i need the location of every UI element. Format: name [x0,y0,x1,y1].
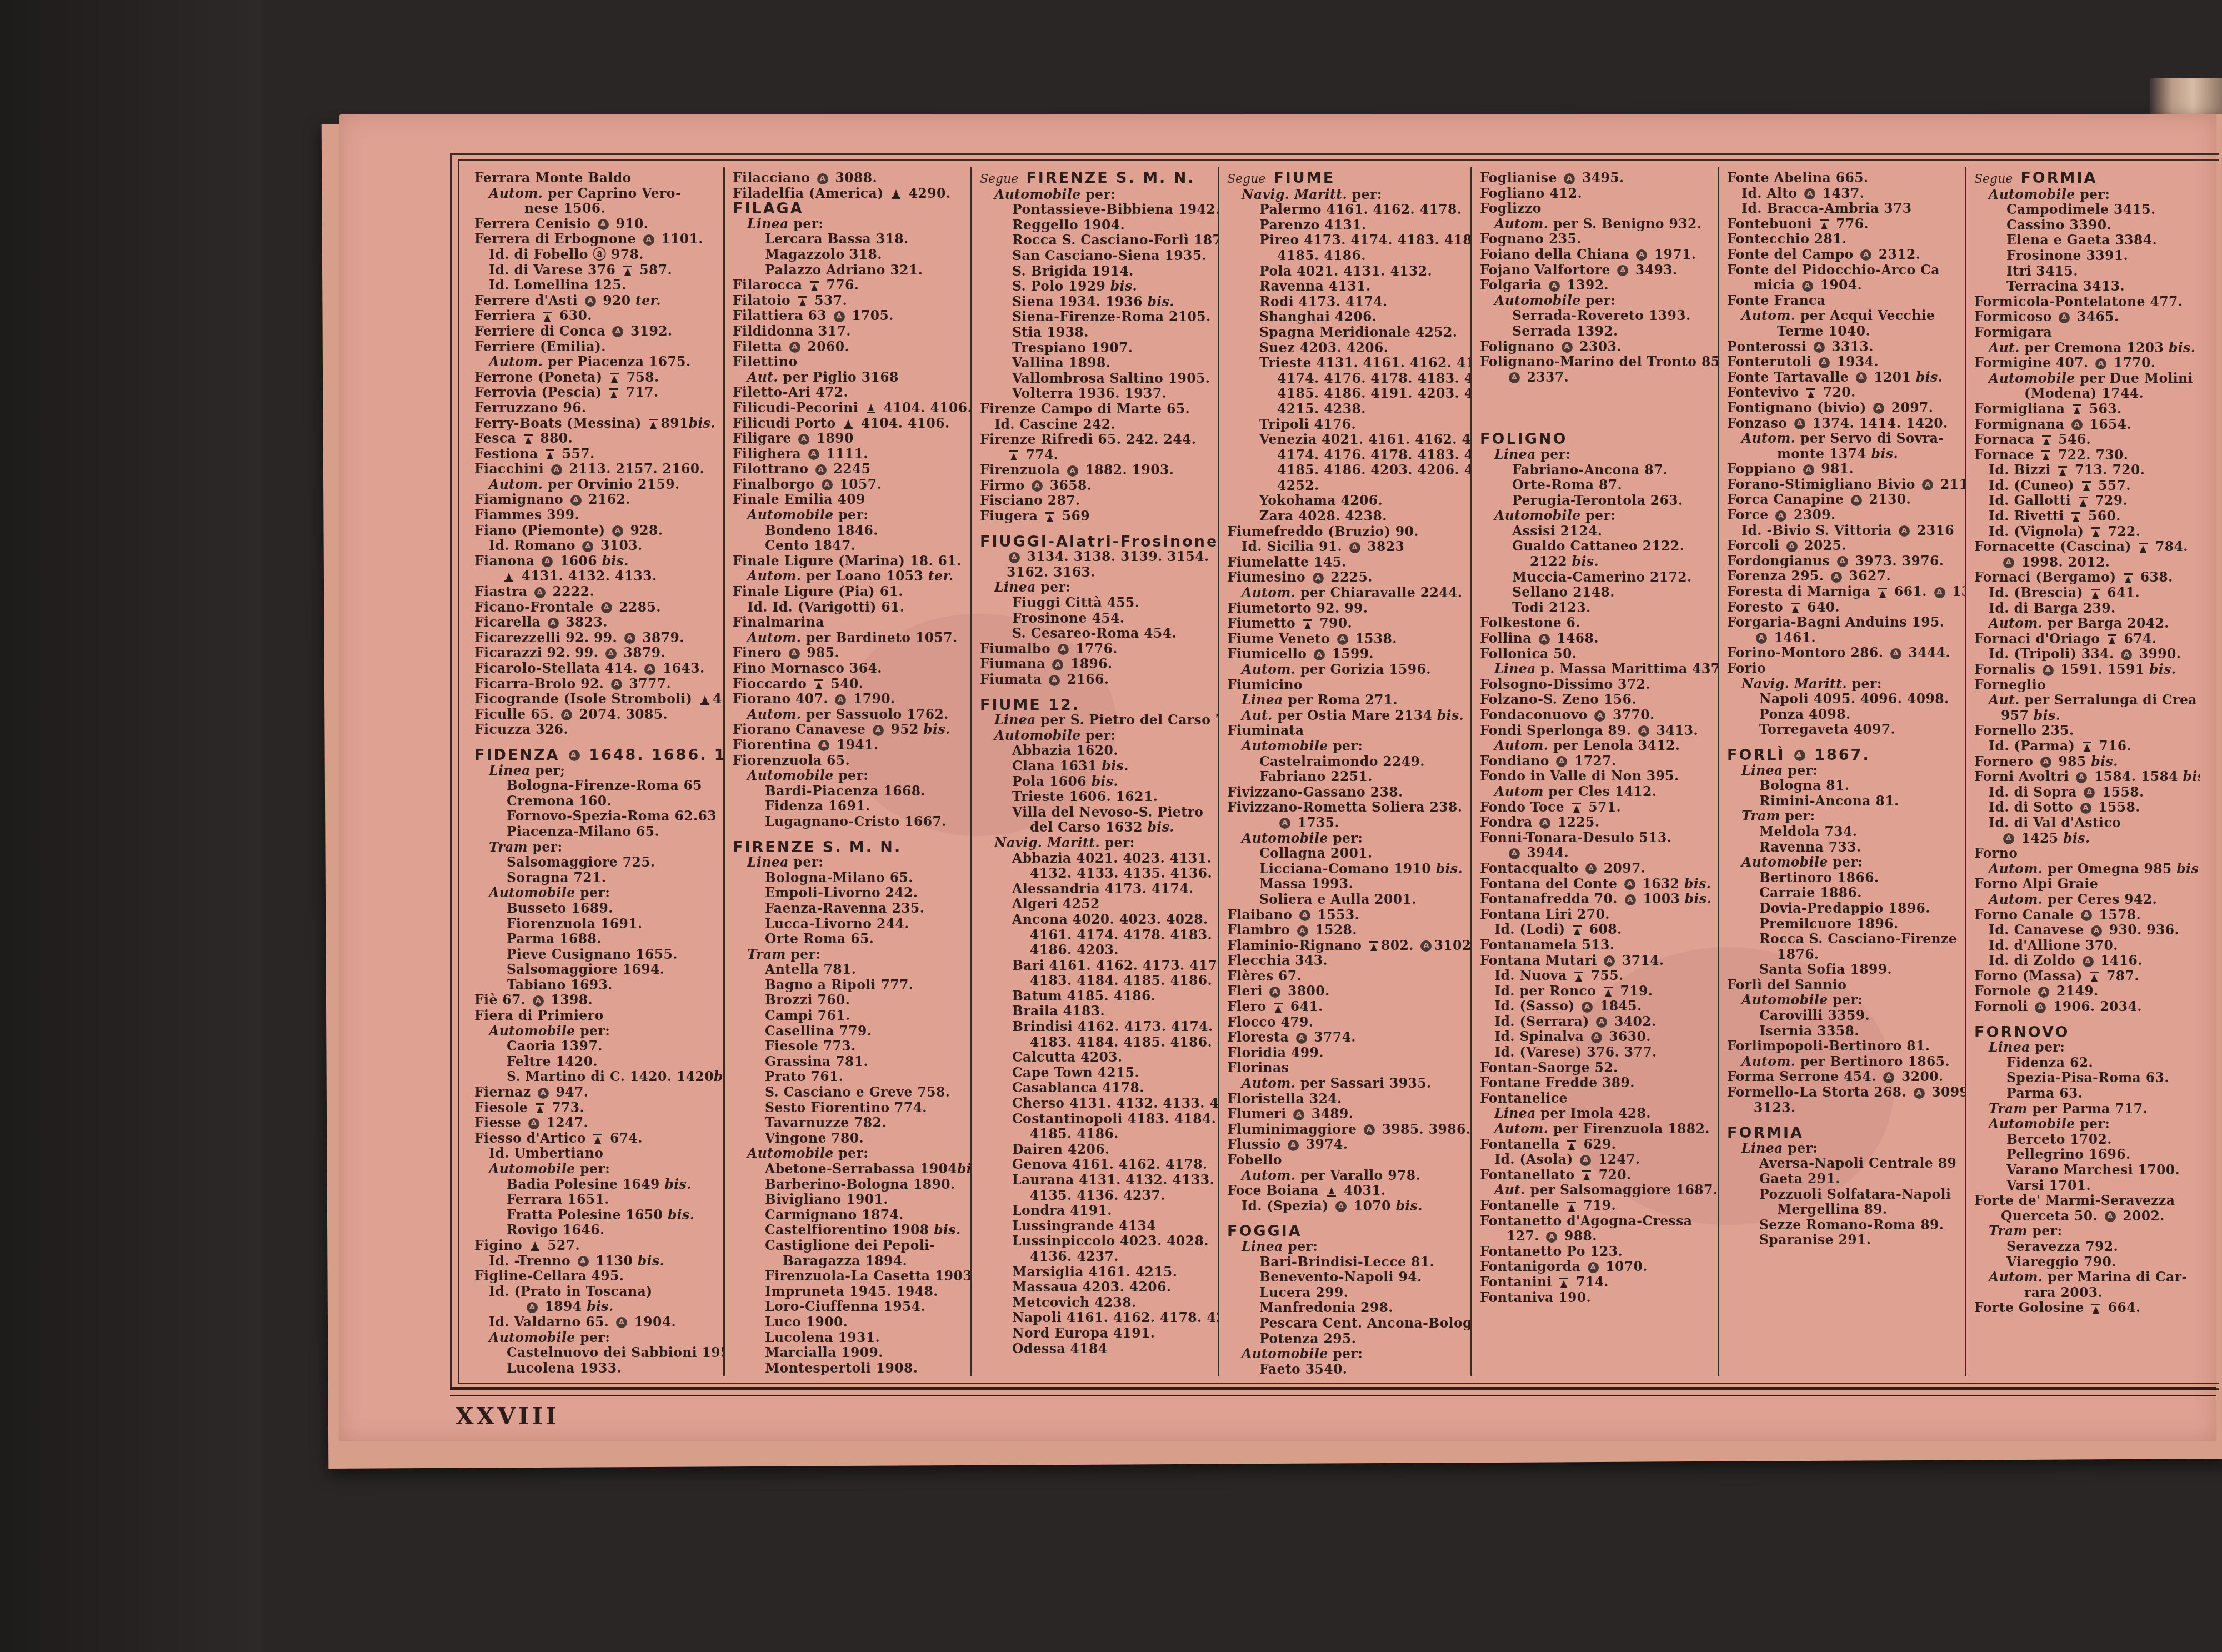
index-entry: Fiesse A 1247. [474,1115,719,1131]
index-entry: Ficarezzelli 92. 99. A 3879. [474,630,719,646]
italic-label: bis. [934,1222,960,1238]
line-text: Fiamignano [474,492,568,507]
line-text: Ficarolo-Stellata 414. [474,660,642,676]
line-text: 2309. [1789,507,1835,523]
line-text: Fontanellato [1480,1167,1579,1183]
destination-entry: Fiesole 773. [733,1039,966,1054]
line-text: Sezze Romano-Roma 89. [1759,1217,1944,1233]
line-text: per Bardineto 1057. [801,630,957,645]
line-text: Id. (Spezia) [1242,1198,1333,1214]
index-entry-variant: Id. Canavese A 930. 936. [1974,923,2195,938]
index-entry: Fontebuoni 776. [1727,217,1960,232]
line-text: Siena 1934. 1936 [1012,294,1148,309]
line-text: Pozzuoli Solfatara-Napoli [1759,1187,1951,1202]
destination-entry: Volterra 1936. 1937. [980,386,1213,402]
line-text: per Serralunga di Crea [2020,692,2197,708]
line-text: Formicoso [1974,309,2056,324]
line-text: Napoli 4095. 4096. 4098. [1759,691,1949,707]
bus-station-icon: A [612,326,623,337]
destination-entry: Vingone 780. [733,1131,966,1147]
tram-station-icon [593,1133,603,1144]
line-text: FIUGGI-Alatri-Frosinone 93. [980,533,1219,550]
line-text: Id. di Varese 376 [489,262,620,278]
line-text: Muccia-Camerino 2172. [1512,569,1692,585]
continuation-line: 4135. 4136. 4237. [980,1188,1213,1204]
index-entry: Fiuminata [1227,723,1466,739]
index-entry-variant: Id. Alto A 1437. [1727,186,1960,202]
index-entry: Formello-La Storta 268. A 3099. [1727,1085,1960,1100]
line-text: Ferrera Cenisio [474,216,595,232]
line-text: San Casciano-Siena 1935. [1012,248,1207,263]
service-label: Autom. per Caprino Vero- [474,186,719,202]
line-text: Faenza-Ravenna 235. [765,900,924,916]
line-text: Ficarezzelli 92. 99. [474,630,622,645]
continuation-line: micia A 1904. [1727,278,1960,293]
line-text: 3985. 3986. [1377,1122,1470,1137]
bus-station-icon: A [1313,573,1324,584]
italic-label: Linea [747,854,789,870]
index-entry: Firenze Rifredi 65. 242. 244. [980,432,1213,448]
line-text: per: [2075,187,2110,202]
line-text: Lucca-Livorno 244. [765,916,909,932]
continued-label: Segue [1974,172,2013,186]
line-text: Berceto 1702. [2006,1132,2112,1147]
line-text: Fioccardo [733,676,812,692]
index-entry: Firmo A 3658. [980,478,1213,494]
line-text: 3627. [1844,568,1891,584]
destination-entry: Faeto 3540. [1227,1362,1466,1376]
italic-label: bis. [1110,278,1137,294]
line-text: per: [1328,830,1363,846]
bus-station-icon: A [2095,358,2106,369]
destination-entry: Licciana-Comano 1910 bis. [1227,862,1466,877]
italic-label: bis. [1092,774,1118,789]
line-text: Id. di Sopra [1989,784,2081,800]
index-entry: Fleri A 3800. [1227,984,1466,999]
line-text: 3134. 3138. 3139. 3154. [1022,549,1209,564]
service-label: Aut. per Ostia Mare 2134 bis. [1227,708,1466,724]
line-text: Abbazia 4021. 4023. 4131. [1012,850,1212,866]
line-text: Id. (Prato in Toscana) [489,1284,653,1299]
bus-station-icon: A [1856,372,1867,383]
line-text: Fojano Valfortore [1480,262,1615,278]
line-text: per: [1581,293,1616,308]
service-label: Navig. Maritt. per: [1227,187,1466,203]
bus-station-icon: A [578,1256,589,1267]
index-entry: Ficarazzi 92. 99. A 3879. [474,645,719,661]
line-text: Filatoio [733,293,795,308]
line-text: 3402. [1609,1014,1656,1029]
destination-entry: Lugagnano-Cristo 1667. [733,814,966,830]
tram-station-icon [2082,741,2092,752]
italic-label: bis. [923,722,950,737]
continuation-line: 4185. 4186. [1227,248,1466,264]
index-entry: Fiumesino A 2225. [1227,570,1466,585]
destination-entry: Bologna 81. [1727,778,1960,794]
destination-entry: Soragna 721. [474,870,719,886]
index-entry: Formicola-Pontelatone 477. [1974,294,2195,310]
line-text: 3879. [619,645,665,660]
bus-station-icon: A [873,725,884,736]
destination-entry: Potenza 295. [1227,1331,1466,1347]
line-text: Odessa 4184 [1012,1341,1108,1356]
line-text: Piacenza-Milano 65. [507,824,659,839]
continuation-line: 4186. 4203. [980,943,1213,958]
bus-station-icon: A [2084,787,2095,798]
line-text: 3823 [1363,539,1405,554]
bus-station-icon: A [534,587,546,598]
line-text: Feltre 1420. [507,1054,598,1069]
destination-entry: Lussinpiccolo 4023. 4028. [980,1234,1213,1249]
destination-entry: Piacenza-Milano 65. [474,824,719,840]
line-text: Fondra [1480,814,1537,830]
line-text: Metcovich 4238. [1012,1295,1137,1310]
index-entry: Fonte Tartavalle A 1201 bis. [1727,370,1960,386]
destination-entry: Vallombrosa Saltino 1905. [980,371,1213,387]
destination-entry: Varano Marchesi 1700. [1974,1163,2195,1178]
line-text: Sparanise 291. [1759,1232,1871,1248]
destination-entry: Faenza-Ravenna 235. [733,901,966,917]
line-text: Castelraimondo 2249. [1259,754,1425,769]
italic-label: Automobile [1242,1346,1328,1361]
destination-entry: Braila 4183. [980,1004,1213,1019]
line-text: Finale Ligure (Marina) 18. 61. [733,553,962,569]
index-entry: Fiumefreddo (Bruzio) 90. [1227,524,1466,540]
line-text: 3879. [638,630,684,645]
line-text: 1882. 1903. [1080,462,1174,478]
line-text: Filarocca [733,277,807,293]
line-text: Lucera 299. [1259,1285,1348,1300]
line-text: 1247. [1593,1152,1640,1167]
line-text: Formigara [1974,324,2052,340]
italic-label: Autom. [1989,892,2043,907]
italic-label: Autom. [747,568,801,584]
line-text: 755. [1586,968,1623,983]
line-text: 1934. [1832,354,1879,369]
index-entry-variant: Id. Bracca-Ambria 373 [1727,201,1960,217]
continuation-line: 957 bis. [1974,708,2195,724]
line-text: per Acqui Vecchie [1795,308,1935,323]
index-entry-variant: Id. d'Allione 370. [1974,938,2195,954]
destination-entry: Terracina 3413. [1974,279,2195,294]
destination-entry: Rodi 4173. 4174. [1227,294,1466,310]
italic-label: Autom. [1741,308,1795,323]
line-text: per S. Pietro del Carso 76 [1036,712,1219,728]
line-text: Lussinpiccolo 4023. 4028. [1012,1233,1209,1249]
line-text: Flumeri [1227,1106,1291,1122]
destination-entry: Tavarnuzze 782. [733,1115,966,1131]
line-text: Forno Alpi Graie [1974,876,2098,892]
service-label: Autom. per S. Benigno 932. [1480,217,1713,232]
bus-station-icon: A [2083,956,2094,967]
line-text: Lucolena 1933. [507,1360,622,1376]
line-text: Cremona 160. [507,793,612,809]
index-entry: Filadelfia (America) 4290. [733,186,966,202]
index-entry: Fontanamela 513. [1480,938,1713,953]
line-text: Foiano della Chiana [1480,247,1634,262]
italic-label: bis. [1148,294,1174,309]
line-text: 527. [543,1238,580,1253]
station-heading: FIRENZE S. M. N. [733,840,966,855]
continuation-line: 127. A 988. [1480,1229,1713,1244]
line-text: Filadelfia (America) [733,186,888,201]
line-text: Fontanetto d'Agogna-Cressa [1480,1213,1692,1229]
italic-label: Linea [994,712,1036,728]
service-label: Autom. per Marina di Car- [1974,1270,2195,1285]
bus-station-icon: A [612,525,623,537]
destination-entry: Shanghai 4206. [1227,309,1466,325]
line-text: (Modena) 1744. [2024,386,2144,401]
line-text: Fonzaso [1727,415,1792,431]
line-text: 1461. [1769,630,1816,645]
line-text: per S. Benigno 932. [1548,216,1701,232]
destination-entry: Zara 4028. 4238. [1227,509,1466,524]
bus-station-icon: A [1585,863,1597,874]
line-text: Suez 4203. 4206. [1259,340,1388,356]
bus-station-icon: A [1297,925,1308,937]
line-text: Fiesole [474,1100,533,1115]
line-text: Folkestone 6. [1480,615,1580,630]
line-text: Potenza 295. [1259,1331,1356,1346]
line-text: Prato 761. [765,1069,843,1084]
index-entry: Fino Mornasco 364. [733,661,966,677]
destination-entry: Isernia 3358. [1727,1024,1960,1039]
destination-entry: Santa Sofia 1899. [1727,962,1960,978]
bus-station-icon: A [548,618,559,629]
index-entry-variant: Id. di Sopra A 1558. [1974,785,2195,800]
service-label: Automobile per: [1480,508,1713,524]
tram-station-icon [1878,587,1888,598]
line-text: 1904. [1815,277,1862,293]
index-entry-variant: Id. (Vignola) 722. [1974,524,2195,540]
line-text: Id. Sicilia 91. [1242,539,1347,554]
italic-label: Automobile [747,768,834,783]
index-entry: Firenzuola A 1882. 1903. [980,463,1213,478]
line-text: 2074. 3085. [574,707,668,722]
line-text: Seravezza 792. [2006,1239,2118,1254]
index-entry: Florinas [1227,1060,1466,1076]
service-label: Linea per; [474,763,719,779]
index-entry: Ficarra-Brolo 92. A 3777. [474,677,719,692]
destination-entry: Magazzolo 318. [733,247,966,263]
index-entry: Formigara [1974,325,2195,341]
line-text: per Sassari 3935. [1295,1075,1431,1091]
index-entry: Forneglio [1974,678,2195,693]
index-entry: Fornacette (Cascina) 784. [1974,539,2195,555]
line-text: Fiumefreddo (Bruzio) 90. [1227,524,1419,539]
italic-label: Linea [1494,447,1536,462]
index-entry: Force A 2309. [1727,508,1960,523]
bus-station-icon: A [1580,1155,1591,1166]
index-entry: Forni Avoltri A 1584. 1584 bis. [1974,769,2195,785]
line-text: Pistoia 1919. [765,1375,863,1376]
line-text: Pescara Cent. Ancona-Bologna 81 [1259,1315,1472,1331]
continuation-line: A 1461. [1727,630,1960,646]
destination-entry: Bagno a Ripoli 777. [733,978,966,993]
line-text: Fiumetto [1227,615,1300,631]
line-text: Vallombrosa Saltino 1905. [1012,371,1210,386]
index-entry: Flocco 479. [1227,1015,1466,1030]
index-entry: Ferriera 630. [474,308,719,324]
continuation-line: A 1735. [1227,815,1466,831]
line-text: 722. 730. [2053,447,2128,463]
line-text: Isernia 3358. [1759,1023,1859,1039]
destination-entry: Costantinopoli 4183. 4184. [980,1112,1213,1127]
line-text: per: [1783,1140,1818,1156]
line-text: Forlimpopoli-Bertinoro 81. [1727,1038,1930,1054]
bus-station-icon: A [1067,465,1078,477]
index-entry: Fivizzano-Rometta Soliera 238. [1227,800,1466,815]
bus-station-icon: A [1803,464,1814,475]
bus-station-icon: A [1873,403,1884,414]
bus-station-icon: A [2035,1002,2046,1013]
index-entry: Fiera di Primiero [474,1008,719,1024]
tram-station-icon [1303,619,1313,630]
line-text: Terme 1040. [1777,323,1870,339]
tram-station-icon [1790,602,1800,613]
bus-station-icon: A [2080,803,2091,814]
line-text: 4103 [713,691,725,707]
bus-station-icon: A [1337,634,1348,645]
line-text: Bertinoro 1866. [1759,870,1879,885]
line-text: Filetta [733,339,787,354]
line-text: Id. -Trenno [489,1253,575,1269]
line-text: Fontacqualto [1480,860,1583,876]
italic-label: ter. [928,568,954,584]
line-text: per; [531,763,565,778]
italic-label: ter. [635,293,661,308]
bus-station-icon: A [533,995,544,1007]
line-text: Fordongianus [1727,553,1835,569]
line-text: Firenze Rifredi 65. 242. 244. [980,432,1196,447]
line-text: 1130 [591,1253,638,1269]
line-text: 3465. [2072,309,2119,324]
line-text: Id. Alto [1741,186,1802,201]
station-heading: FORNOVO [1974,1025,2195,1040]
index-entry: Formicoso A 3465. [1974,309,2195,325]
line-text: 787. [2101,968,2139,984]
line-text: Spezia-Pisa-Roma 63. [2006,1070,2169,1085]
line-text: 3192. [625,323,672,339]
line-text: Ficarella [474,614,546,630]
bus-station-icon: A [569,750,580,761]
line-text: Pola 4021. 4131. 4132. [1259,263,1432,279]
line-text: Varano Marchesi 1700. [2006,1162,2180,1178]
line-text: Flères 67. [1227,968,1302,984]
index-entry: Fiamignano A 2162. [474,492,719,508]
service-label: Linea per: [1227,1239,1466,1255]
index-entry: Fiorenzuola 65. [733,753,966,769]
italic-label: Autom. [1494,738,1548,753]
destination-entry: Massaua 4203. 4206. [980,1280,1213,1295]
line-text: 3630. [1604,1029,1651,1044]
index-entry: Fioccardo 540. [733,677,966,692]
index-entry: Fontanella 629. [1480,1137,1713,1153]
continuation-line: 4132. 4133. 4135. 4136. 4237. [980,866,1213,882]
italic-label: bis. [664,1177,691,1192]
line-text: 1375. [1948,584,1966,599]
line-text: per: [575,1330,610,1345]
line-text: Fidenza 62. [2006,1055,2093,1070]
italic-label: bis. [2149,662,2176,677]
line-text: 2025. [1800,538,1846,553]
line-text: Fornovo-Spezia-Roma 62.63 [507,808,717,824]
ship-port-icon [699,694,710,705]
destination-entry: Todi 2123. [1480,600,1713,616]
service-label: Aut. per Serralunga di Crea [1974,693,2195,708]
line-text: per Barga 2042. [2043,615,2169,631]
index-entry: Fontanetto Po 123. [1480,1244,1713,1260]
line-text: Rimini-Ancona 81. [1759,793,1899,809]
line-text: Tavarnuzze 782. [765,1115,887,1130]
destination-entry: Gualdo Cattaneo 2122. [1480,539,1713,554]
destination-entry: Bologna-Milano 65. [733,870,966,886]
line-text: 4186. 4203. [1030,942,1119,958]
line-text: Gualdo Cattaneo 2122. [1512,538,1684,554]
line-text: per Servo di Sovra- [1795,430,1944,446]
destination-entry: Grassina 781. [733,1054,966,1070]
destination-entry: Trieste 4131. 4161. 4162. 4173 [1227,356,1466,371]
index-entry: Fianona A 1606 bis. [474,554,719,569]
line-text: Figline-Cellara 495. [474,1268,624,1284]
line-text: Fidenza 1691. [765,798,870,814]
destination-entry: Impruneta 1945. 1948. [733,1284,966,1300]
tram-station-icon [1572,802,1582,813]
index-entry: Firenze Campo di Marte 65. [980,402,1213,417]
line-text: Trieste 4131. 4161. 4162. 4173 [1259,355,1472,371]
line-text: 3770. [1608,707,1654,723]
continuation-line: 1876. [1727,947,1960,963]
index-entry: Fontanigorda A 1070. [1480,1259,1713,1275]
line-text: 630. [554,308,592,323]
destination-entry: Orte-Roma 87. [1480,478,1713,493]
index-entry: Flaibano A 1553. [1227,908,1466,923]
destination-entry: Siena 1934. 1936 bis. [980,294,1213,310]
italic-label: Linea [1494,661,1536,677]
line-text: Elena e Gaeta 3384. [2006,232,2157,248]
line-text: Parma 1688. [507,931,602,947]
bus-station-icon: A [822,479,833,490]
line-text: Massaua 4203. 4206. [1012,1279,1171,1295]
destination-entry: Napoli 4161. 4162. 4178. 4215. [980,1310,1213,1326]
line-text: FIDENZA [474,747,567,764]
index-entry: Ferry-Boats (Messina) 891bis. [474,416,719,432]
line-text: Foresta di Marniga [1727,584,1875,599]
index-entry: Fiesso d'Artico 674. [474,1131,719,1147]
destination-entry: Ravenna 4131. [1227,279,1466,294]
line-text: Ferry-Boats (Messina) [474,415,646,431]
line-text: 4104. 4106. [856,415,949,431]
line-text: Cherso 4131. 4132. 4133. 4136. [1012,1095,1219,1111]
index-entry: Floresta A 3774. [1227,1030,1466,1045]
line-text: Fontanafredda 70. [1480,891,1623,907]
line-text: Fiuminata [1227,723,1304,738]
service-label: Linea per: [1480,447,1713,463]
line-text: Ficulle 65. [474,707,559,722]
destination-entry: Venezia 4021. 4161. 4162. 4173 [1227,432,1466,448]
line-text: Antella 781. [765,962,856,977]
line-text: FORMIA [1727,1124,1804,1142]
italic-label: Autom. [1989,1269,2043,1285]
line-text: per Roma 271. [1283,692,1398,708]
bus-station-icon: A [527,1302,538,1313]
destination-entry: Orte Roma 65. [733,932,966,947]
index-entry: Fornalis A 1591. 1591 bis. [1974,662,2195,678]
line-text: Foglianise [1480,170,1562,186]
bus-station-icon: A [1509,372,1520,383]
line-text: 557. [2094,478,2131,493]
line-text: Lercara Bassa 318. [765,231,909,247]
